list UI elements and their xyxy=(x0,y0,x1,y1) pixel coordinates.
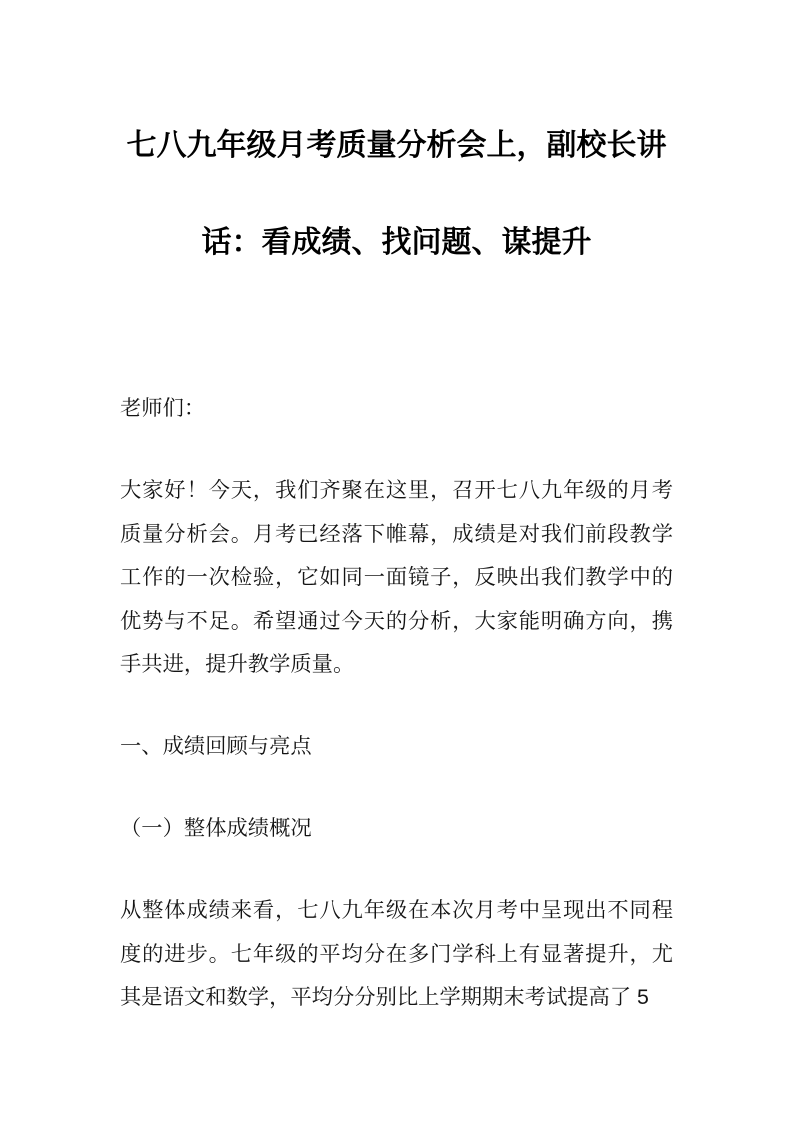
overview-paragraph: 从整体成绩来看，七八九年级在本次月考中呈现出不同程度的进步。七年级的平均分在多门… xyxy=(120,889,673,1020)
document-page: 七八九年级月考质量分析会上，副校长讲 话：看成绩、找问题、谋提升 老师们： 大家… xyxy=(0,0,793,1122)
opening-paragraph: 大家好！今天，我们齐聚在这里，召开七八九年级的月考质量分析会。月考已经落下帷幕，… xyxy=(120,469,673,687)
subsection-heading-1-1: （一）整体成绩概况 xyxy=(120,807,673,851)
document-title: 七八九年级月考质量分析会上，副校长讲 话：看成绩、找问题、谋提升 xyxy=(120,97,673,291)
document-title-line-1: 七八九年级月考质量分析会上，副校长讲 xyxy=(120,97,673,194)
salutation-paragraph: 老师们： xyxy=(120,387,673,431)
document-title-line-2: 话：看成绩、找问题、谋提升 xyxy=(120,194,673,291)
section-heading-1: 一、成绩回顾与亮点 xyxy=(120,725,673,769)
document-content: 七八九年级月考质量分析会上，副校长讲 话：看成绩、找问题、谋提升 老师们： 大家… xyxy=(120,97,673,1058)
